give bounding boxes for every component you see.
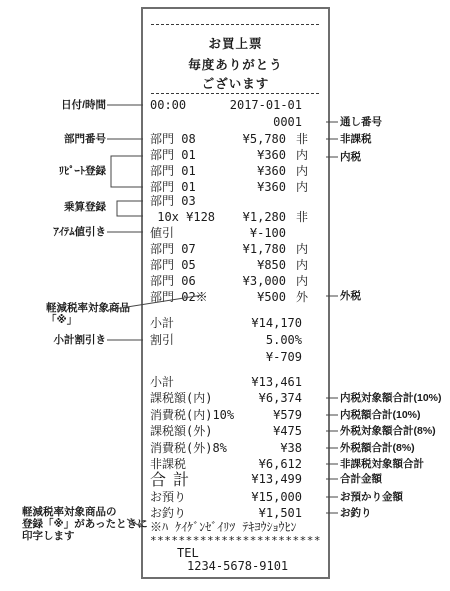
receipt-row-subtotal-discount: 割引5.00% — [143, 332, 328, 348]
receipt-dashed-separator-header — [151, 93, 320, 94]
receipt-paper: お買上票毎度ありがとうございます 00:002017-01-010001部門 0… — [141, 7, 330, 579]
annotation-tax-exempt-flag: 非課税 — [340, 133, 372, 145]
tax-flag: 内 — [296, 257, 308, 273]
receipt-row-dept-02: 部門 02※¥500外 — [143, 289, 328, 305]
item-amount: ¥360 — [257, 147, 286, 163]
item-amount: ¥1,780 — [243, 241, 286, 257]
item-label: 部門 07 — [150, 241, 196, 257]
item-label: 値引 — [150, 225, 174, 241]
item-amount: ¥360 — [257, 163, 286, 179]
row-label: 課税額(外) — [150, 423, 212, 439]
receipt-row-tax-out: 消費税(外)8%¥38 — [143, 440, 328, 456]
row-label: 消費税(外)8% — [150, 440, 227, 456]
item-amount: ¥850 — [257, 257, 286, 273]
receipt-row-serial: 0001 — [143, 114, 328, 130]
item-label: 部門 08 — [150, 131, 196, 147]
tax-flag: 内 — [296, 163, 308, 179]
tax-flag: 内 — [296, 241, 308, 257]
receipt-row-taxable-in: 課税額(内)¥6,374 — [143, 390, 328, 406]
item-amount: ¥1,280 — [243, 209, 286, 225]
row-value: ¥13,499 — [251, 470, 302, 489]
receipt-row-tax-in: 消費税(内)10%¥579 — [143, 407, 328, 423]
receipt-row-dept-01b: 部門 01¥360内 — [143, 163, 328, 179]
receipt-header-line: お買上票 — [143, 36, 328, 52]
annotation-multiply-registration: 乗算登録 — [64, 201, 106, 213]
receipt-row-grand-total: 合計¥13,499 — [143, 470, 328, 489]
receipt-row-dept-08: 部門 08¥5,780非 — [143, 131, 328, 147]
row-text: 1234-5678-9101 — [187, 558, 288, 574]
leader-line-repeat-registration — [111, 156, 143, 187]
receipt-row-dept-07: 部門 07¥1,780内 — [143, 241, 328, 257]
row-value: ¥579 — [273, 407, 302, 423]
annotation-tax-exempt-base-total: 非課税対象額合計 — [340, 458, 424, 470]
row-value: 0001 — [273, 114, 302, 130]
tax-flag: 内 — [296, 273, 308, 289]
annotation-included-tax-total: 内税額合計(10%) — [340, 409, 421, 421]
item-amount: ¥500 — [257, 289, 286, 305]
tax-flag: 内 — [296, 147, 308, 163]
receipt-header-line: ございます — [143, 76, 328, 92]
item-label: 10x ¥128 — [150, 209, 215, 225]
item-amount: ¥3,000 — [243, 273, 286, 289]
row-value: ¥38 — [280, 440, 302, 456]
item-label: 部門 02※ — [150, 289, 208, 305]
annotation-excluded-tax-base-total: 外税対象額合計(8%) — [340, 425, 436, 437]
receipt-row-discount-amount: ¥-709 — [143, 349, 328, 365]
annotation-reduced-tax-item: 軽減税率対象商品「※」 — [46, 302, 130, 326]
row-value: ¥-709 — [266, 349, 302, 365]
receipt-row-dept-05: 部門 05¥850内 — [143, 257, 328, 273]
row-label: 00:00 — [150, 97, 186, 113]
row-label: 小計 — [150, 374, 174, 390]
receipt-header-line: 毎度ありがとう — [143, 57, 328, 73]
item-label: 部門 05 — [150, 257, 196, 273]
annotation-tax-included-flag: 内税 — [340, 151, 361, 163]
row-value: 2017-01-01 — [230, 97, 302, 113]
row-label: 割引 — [150, 332, 174, 348]
row-label: お預り — [150, 489, 186, 505]
receipt-row-deposit: お預り¥15,000 — [143, 489, 328, 505]
row-value: ¥6,374 — [259, 390, 302, 406]
receipt-row-tel-number: 1234-5678-9101 — [143, 558, 328, 574]
receipt-row-subtotal-1: 小計¥14,170 — [143, 315, 328, 331]
row-value: 5.00% — [266, 332, 302, 348]
tax-flag: 外 — [296, 289, 308, 305]
leader-line-multiply-registration — [117, 201, 143, 216]
item-label: 部門 03 — [150, 193, 196, 209]
annotation-serial-number: 通し番号 — [340, 116, 382, 128]
annotation-deposit-amount: お預かり金額 — [340, 491, 403, 503]
item-amount: ¥5,780 — [243, 131, 286, 147]
item-amount: ¥-100 — [250, 225, 286, 241]
receipt-row-subtotal-2: 小計¥13,461 — [143, 374, 328, 390]
receipt-row-taxable-out: 課税額(外)¥475 — [143, 423, 328, 439]
row-label: 小計 — [150, 315, 174, 331]
receipt-dashed-separator-top — [151, 24, 320, 25]
receipt-row-dept-01a: 部門 01¥360内 — [143, 147, 328, 163]
annotation-dept-number: 部門番号 — [64, 133, 106, 145]
row-value: ¥14,170 — [251, 315, 302, 331]
item-label: 部門 01 — [150, 163, 196, 179]
row-value: ¥475 — [273, 423, 302, 439]
tax-flag: 非 — [296, 131, 308, 147]
item-label: 部門 06 — [150, 273, 196, 289]
annotation-reduced-tax-note: 軽減税率対象商品の登録「※」があったときに印字します — [22, 506, 148, 542]
annotation-included-tax-base-total: 内税対象額合計(10%) — [340, 392, 442, 404]
receipt-row-discount-item: 値引¥-100 — [143, 225, 328, 241]
annotation-date-time: 日付/時間 — [61, 99, 106, 111]
annotation-repeat-registration: ﾘﾋﾟｰﾄ登録 — [59, 165, 106, 177]
receipt-annotation-figure: お買上票毎度ありがとうございます 00:002017-01-010001部門 0… — [0, 0, 450, 591]
row-label: 消費税(内)10% — [150, 407, 234, 423]
receipt-row-time-date: 00:002017-01-01 — [143, 97, 328, 113]
receipt-row-dept-03: 部門 03 — [143, 193, 328, 209]
row-value: ¥13,461 — [251, 374, 302, 390]
tax-flag: 非 — [296, 209, 308, 225]
row-value: ¥15,000 — [251, 489, 302, 505]
item-label: 部門 01 — [150, 147, 196, 163]
annotation-tax-excluded-flag: 外税 — [340, 290, 361, 302]
annotation-item-discount: ｱｲﾃﾑ値引き — [54, 226, 107, 238]
receipt-row-multiply: 10x ¥128¥1,280非 — [143, 209, 328, 225]
annotation-change-amount: お釣り — [340, 507, 372, 519]
annotation-subtotal-discount: 小計割引き — [54, 334, 107, 346]
row-label: 課税額(内) — [150, 390, 212, 406]
annotation-grand-total-amount: 合計金額 — [340, 473, 382, 485]
receipt-row-dept-06: 部門 06¥3,000内 — [143, 273, 328, 289]
row-label: 合計 — [150, 470, 196, 489]
annotation-excluded-tax-total: 外税額合計(8%) — [340, 442, 415, 454]
